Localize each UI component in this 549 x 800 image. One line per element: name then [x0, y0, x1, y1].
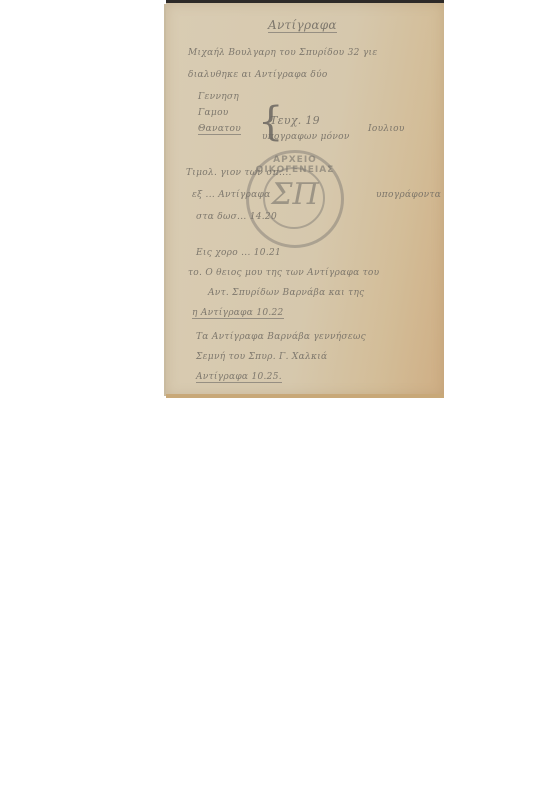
text-line: εξ ... Αντίγραφα [192, 190, 271, 200]
text-line: Τιμολ. γιον των σπ.... [186, 168, 292, 178]
document-title: Αντίγραφα [268, 18, 337, 33]
text-line: Τα Αντίγραφα Βαρνάβα γεννήσεως [196, 332, 366, 342]
text-line: Γαμου [198, 108, 229, 118]
text-line: Σεμνή του Σπυρ. Γ. Χαλκιά [196, 352, 327, 362]
text-line: η Αντίγραφα 10.22 [192, 308, 284, 319]
text-line: Αντίγραφα 10.25. [196, 372, 282, 383]
text-line: διαλυθηκε αι Αντίγραφα δύο [188, 70, 328, 80]
text-line: Γεννηση [198, 92, 239, 102]
text-line: υπογράφοντα [376, 190, 441, 200]
text-line: Μιχαήλ Βουλγαρη του Σπυρίδου 32 γιε [188, 48, 377, 58]
text-line: Τευχ. 19 [270, 114, 320, 127]
paper-bottom-edge [166, 394, 444, 398]
text-line: υπογραφων μόνον [262, 132, 350, 142]
text-line: Εις χορο ... 10.21 [196, 248, 281, 258]
text-line: το. Ο θειος μου της των Αντίγραφα του [188, 268, 379, 278]
text-line: Αντ. Σπυρίδων Βαρνάβα και της [208, 288, 364, 298]
text-line: στα δωσ... 14.20 [196, 212, 277, 222]
text-line: Θανατου [198, 124, 241, 135]
text-line: Ιουλιου [368, 124, 405, 134]
